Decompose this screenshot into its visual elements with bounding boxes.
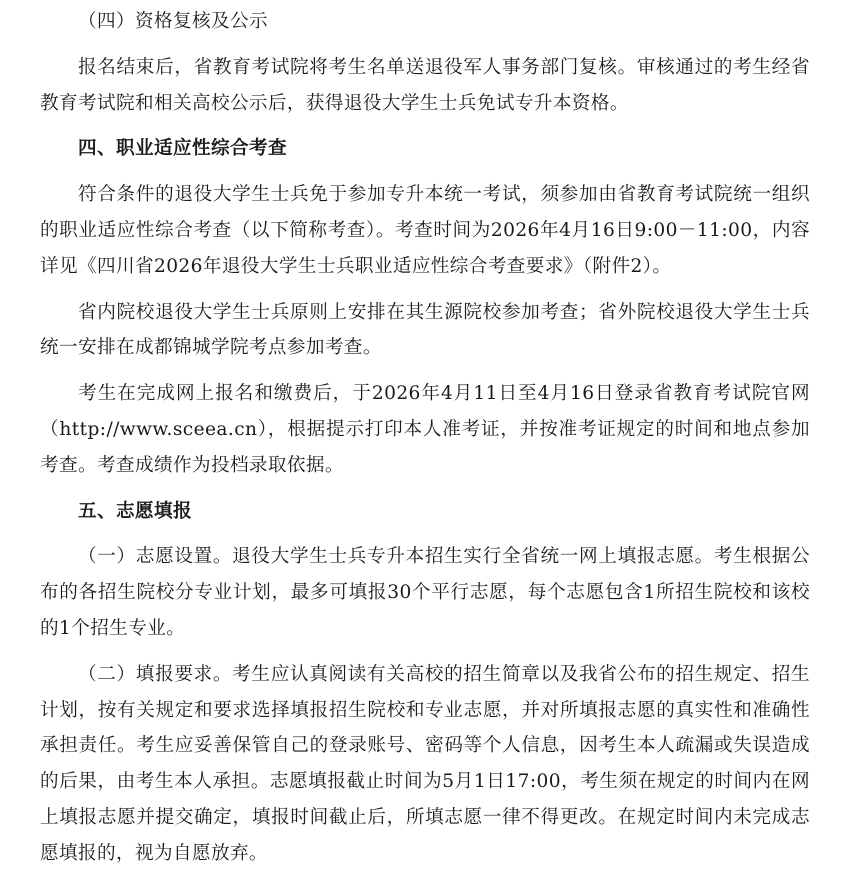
- paragraph-admission-ticket: 考生在完成网上报名和缴费后，于2026年4月11日至4月16日登录省教育考试院官…: [40, 376, 810, 483]
- heading-application-filling: 五、志愿填报: [40, 494, 810, 530]
- paragraph-choice-setup: （一）志愿设置。退役大学生士兵专升本招生实行全省统一网上填报志愿。考生根据公布的…: [40, 539, 810, 646]
- paragraph-review-process: 报名结束后，省教育考试院将考生名单送退役军人事务部门复核。审核通过的考生经省教育…: [40, 50, 810, 122]
- document-body: （四）资格复核及公示 报名结束后，省教育考试院将考生名单送退役军人事务部门复核。…: [40, 4, 810, 872]
- paragraph-filling-requirements: （二）填报要求。考生应认真阅读有关高校的招生简章以及我省公布的招生规定、招生计划…: [40, 657, 810, 872]
- paragraph-assessment-time: 符合条件的退役大学生士兵免于参加专升本统一考试，须参加由省教育考试院统一组织的职…: [40, 177, 810, 284]
- heading-vocational-assessment: 四、职业适应性综合考查: [40, 131, 810, 167]
- subheading-qualification-review: （四）资格复核及公示: [40, 4, 810, 40]
- paragraph-assessment-location: 省内院校退役大学生士兵原则上安排在其生源院校参加考查；省外院校退役大学生士兵统一…: [40, 295, 810, 367]
